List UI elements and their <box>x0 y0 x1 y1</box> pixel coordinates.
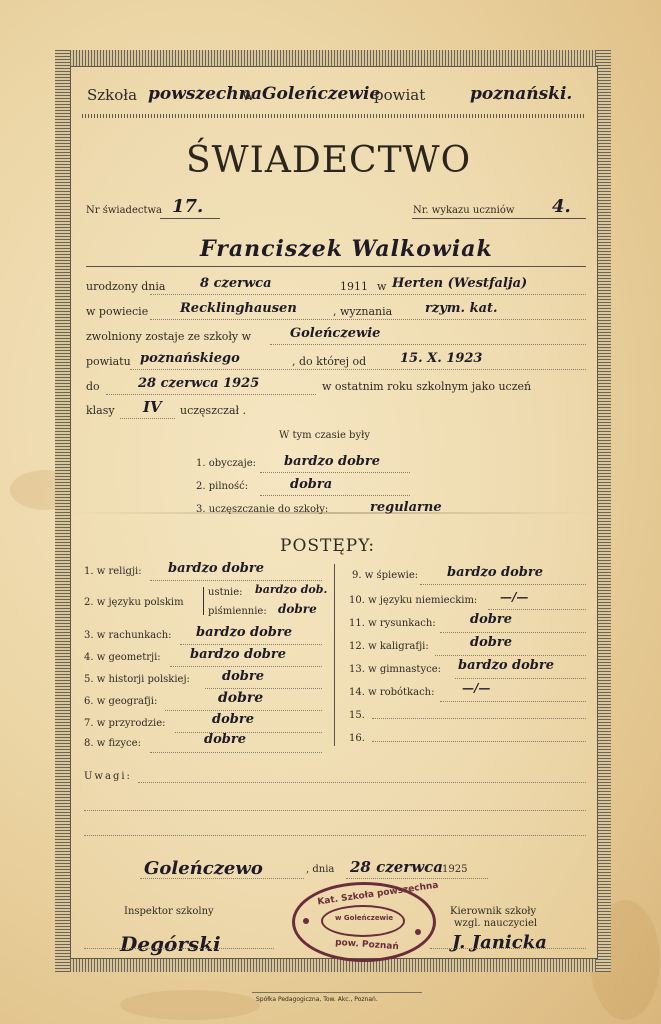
grade-value: dobre <box>222 669 264 684</box>
grade-value: dobre <box>212 712 254 727</box>
dotted-line <box>170 666 322 667</box>
remarks-line <box>84 810 586 811</box>
issue-day-month: 28 czerwca <box>350 858 443 876</box>
conduct-heading: W tym czasie były <box>279 430 370 441</box>
subject-label: 15. <box>349 710 365 721</box>
certificate-number-label: Nr świadectwa <box>86 205 162 216</box>
dotted-line <box>260 472 410 473</box>
released-school: Goleńczewie <box>290 326 380 341</box>
column-divider <box>334 564 335 746</box>
subject-label: 5. w historji polskiej: <box>84 674 190 685</box>
dotted-line <box>455 678 586 679</box>
bracket <box>203 587 204 615</box>
dotted-line <box>440 632 586 633</box>
dotted-line <box>130 369 586 370</box>
issue-year: 1925 <box>442 864 467 875</box>
dotted-line <box>420 584 586 585</box>
progress-heading: POSTĘPY: <box>280 536 375 556</box>
paper-stain <box>120 990 260 1020</box>
dotted-line <box>205 688 322 689</box>
conduct-value: regularne <box>370 500 442 515</box>
grade-value: bardzo dobre <box>190 647 286 662</box>
header-rule <box>82 114 586 118</box>
remarks-line <box>138 782 586 783</box>
register-number-label: Nr. wykazu uczniów <box>413 205 514 216</box>
stamp-dot <box>415 929 421 935</box>
dotted-line <box>435 655 586 656</box>
stamp-middle-text: w Goleńczewie <box>335 914 393 922</box>
religion-value: rzym. kat. <box>425 301 498 316</box>
dotted-line <box>346 878 488 879</box>
grade-value: —/— <box>462 681 490 695</box>
born-label: urodzony dnia <box>86 280 165 293</box>
dotted-line <box>372 718 586 719</box>
subject-label: 10. w języku niemieckim: <box>349 595 477 606</box>
school-stamp: Kat. Szkoła powszechna w Goleńczewie pow… <box>292 882 436 962</box>
dotted-line <box>140 878 304 879</box>
underline <box>160 218 220 219</box>
grade-value: dobre <box>278 602 317 616</box>
conduct-label: 2. pilność: <box>196 481 248 492</box>
certificate-number-value: 17. <box>172 196 203 217</box>
dotted-line <box>488 609 586 610</box>
register-number-value: 4. <box>552 196 571 217</box>
subject-label: 6. w geografji: <box>84 696 157 707</box>
grade-value: bardzo dobre <box>168 561 264 576</box>
subject-label: 4. w geometrji: <box>84 652 161 663</box>
grade-value: bardzo dobre <box>447 565 543 580</box>
dotted-line <box>372 741 586 742</box>
subject-label: 2. w języku polskim <box>84 597 184 608</box>
dotted-line <box>150 580 322 581</box>
subject-label: 8. w fizyce: <box>84 738 141 749</box>
grade-value: bardzo dobre <box>458 658 554 673</box>
dotted-line <box>120 418 175 419</box>
stamp-dot <box>303 918 309 924</box>
dotted-line <box>440 701 586 702</box>
county-label: powiat <box>374 86 425 104</box>
director-label-2: wzgl. nauczyciel <box>454 918 537 929</box>
dotted-line <box>165 710 322 711</box>
director-label: Kierownik szkoły <box>450 906 536 917</box>
county-value: poznański. <box>470 84 572 104</box>
document-title: ŚWIADECTWO <box>186 140 471 181</box>
to-date: 28 czerwca 1925 <box>138 376 259 391</box>
subject-sub-label: piśmiennie: <box>208 606 267 617</box>
fold-line <box>70 512 596 514</box>
district-value: Recklinghausen <box>180 301 297 316</box>
dotted-line <box>180 644 322 645</box>
grade-value: dobre <box>470 635 512 650</box>
inspector-signature: Degórski <box>120 932 221 956</box>
county-value-2: poznańskiego <box>140 351 240 366</box>
county-label-2: powiatu <box>86 355 131 368</box>
born-day-month: 8 czerwca <box>200 276 272 291</box>
to-label: do <box>86 380 100 393</box>
conduct-label: 1. obyczaje: <box>196 458 256 469</box>
subject-label: 12. w kaligrafji: <box>349 641 429 652</box>
class-label: klasy <box>86 404 115 417</box>
remarks-line <box>84 835 586 836</box>
class-value: IV <box>143 398 162 416</box>
subject-label: 13. w gimnastyce: <box>349 664 441 675</box>
remarks-label: Uwagi: <box>84 771 132 782</box>
conduct-label: 3. uczęszczanie do szkoły: <box>196 504 328 515</box>
printer-imprint: Spółka Pedagogiczna, Tow. Akc., Poznań. <box>256 996 378 1003</box>
stamp-bottom-text: pow. Poznań <box>335 938 399 952</box>
religion-label: , wyznania <box>333 305 392 318</box>
school-label: Szkoła <box>87 86 137 104</box>
dotted-line <box>175 732 322 733</box>
released-label: zwolniony zostaje ze szkoły w <box>86 330 251 343</box>
conduct-value: dobra <box>290 477 332 492</box>
underline <box>412 218 586 219</box>
born-year: 1911 <box>340 280 368 293</box>
school-place: Goleńczewie <box>262 84 380 104</box>
subject-label: 14. w robótkach: <box>349 687 435 698</box>
printer-rule <box>252 992 422 993</box>
grade-value: bardzo dobre <box>196 625 292 640</box>
born-place: Herten (Westfalja) <box>392 276 527 291</box>
conduct-value: bardzo dobre <box>284 454 380 469</box>
issue-day-label: , dnia <box>306 864 334 875</box>
from-date: 15. X. 1923 <box>400 351 482 366</box>
subject-label: 16. <box>349 733 365 744</box>
attended-label: uczęszczał . <box>180 404 246 417</box>
from-label: , do której od <box>292 355 366 368</box>
dotted-line <box>150 319 586 320</box>
dotted-line <box>260 495 410 496</box>
born-in-label: w <box>377 280 386 293</box>
in-label: w <box>242 86 255 104</box>
grade-value: dobre <box>470 612 512 627</box>
dotted-line <box>150 294 586 295</box>
grade-value: dobre <box>204 732 246 747</box>
grade-value: —/— <box>500 590 528 604</box>
student-name: Franciszek Walkowiak <box>200 236 493 262</box>
issue-place: Goleńczewo <box>144 858 263 879</box>
dotted-line <box>270 344 586 345</box>
signature-line <box>84 948 274 949</box>
signature-line <box>430 948 586 949</box>
subject-label: 3. w rachunkach: <box>84 630 172 641</box>
subject-label: 9. w śpiewie: <box>352 570 418 581</box>
grade-value: bardzo dob. <box>255 583 327 596</box>
dotted-line <box>150 752 322 753</box>
director-signature: J. Janicka <box>452 932 547 953</box>
subject-label: 1. w religji: <box>84 566 142 577</box>
inspector-label: Inspektor szkolny <box>124 906 214 917</box>
subject-sub-label: ustnie: <box>208 587 243 598</box>
district-label: w powiecie <box>86 305 148 318</box>
grade-value: dobre <box>218 690 263 706</box>
subject-label: 11. w rysunkach: <box>349 618 436 629</box>
last-year-label: w ostatnim roku szkolnym jako uczeń <box>322 380 531 393</box>
subject-label: 7. w przyrodzie: <box>84 718 166 729</box>
dotted-line <box>106 394 316 395</box>
name-underline <box>86 266 586 267</box>
